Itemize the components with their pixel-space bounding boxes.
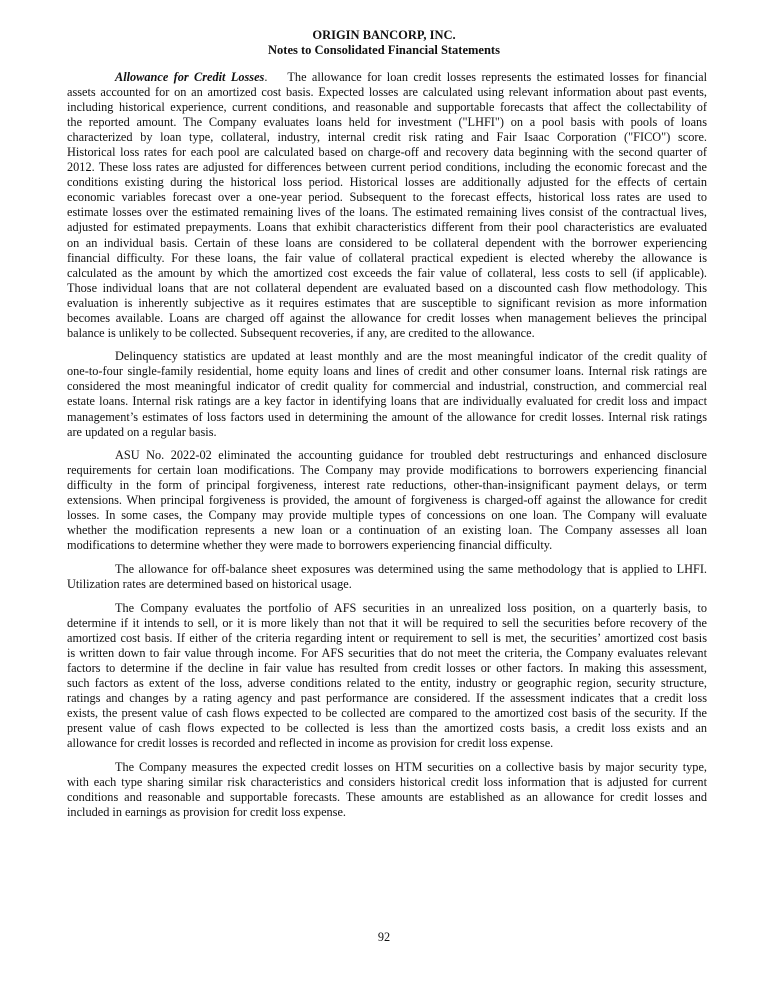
paragraph-line: determine if it intends to sell, or it i… [67,616,707,631]
paragraph-line: difficulty in the form of principal forg… [67,478,707,493]
paragraph-line: Delinquency statistics are updated at le… [67,349,707,364]
paragraph-line: economic variables forecast over a one-y… [67,190,707,205]
paragraph-asu-2022-02: ASU No. 2022-02 eliminated the accountin… [67,448,707,553]
paragraph-line: one-to-four single-family residential, h… [67,364,707,379]
paragraph-line: Those individual loans that are not coll… [67,281,707,296]
paragraph-line: estate loans. Internal risk ratings are … [67,394,707,409]
paragraph-line: The Company measures the expected credit… [67,760,707,775]
paragraph-delinquency-statistics: Delinquency statistics are updated at le… [67,349,707,439]
paragraph-line: evaluation is inherently subjective as i… [67,296,707,311]
paragraph-line: ASU No. 2022-02 eliminated the accountin… [67,448,707,463]
paragraph-htm-securities: The Company measures the expected credit… [67,760,707,820]
paragraph-line: calculated as the amount by which the am… [67,266,707,281]
paragraph-line: extensions. When principal forgiveness i… [67,493,707,508]
paragraph-line: on an individual basis. Certain of these… [67,236,707,251]
paragraph-line: amortized cost basis. If either of the c… [67,631,707,646]
paragraph-line: Utilization rates are determined based o… [67,577,707,592]
paragraph-line: requirements for certain loan modificati… [67,463,707,478]
paragraph-line: characterized by loan type, collateral, … [67,130,707,145]
paragraph-line: included in earnings as provision for cr… [67,805,707,820]
document-body: Allowance for Credit Losses.The allowanc… [67,70,707,828]
paragraph-line: Allowance for Credit Losses.The allowanc… [67,70,707,85]
paragraph-line: such factors as extent of the loss, adve… [67,676,707,691]
paragraph-line: The Company evaluates the portfolio of A… [67,601,707,616]
paragraph-afs-securities: The Company evaluates the portfolio of A… [67,601,707,751]
paragraph-line: 2012. These loss rates are adjusted for … [67,160,707,175]
paragraph-line: allowance for credit losses is recorded … [67,736,707,751]
paragraph-line: ratings and changes by a rating agency a… [67,691,707,706]
paragraph-line: factors to determine if the decline in f… [67,661,707,676]
paragraph-line: financial difficulty. For these loans, t… [67,251,707,266]
document-subtitle: Notes to Consolidated Financial Statemen… [0,43,768,58]
paragraph-line: including historical experience, current… [67,100,707,115]
paragraph-line: management’s estimates of loss factors u… [67,410,707,425]
paragraph-line: with each type sharing similar risk char… [67,775,707,790]
page-number: 92 [0,930,768,945]
paragraph-line: adjusted for estimated prepayments. Loan… [67,220,707,235]
paragraph-line: considered the most meaningful indicator… [67,379,707,394]
paragraph-line: modifications to determine whether they … [67,538,707,553]
paragraph-line: The allowance for off-balance sheet expo… [67,562,707,577]
page-header: ORIGIN BANCORP, INC. Notes to Consolidat… [0,28,768,58]
section-lead-heading: Allowance for Credit Losses [115,70,264,84]
paragraph-line: are updated on a regular basis. [67,425,707,440]
paragraph-line: balance is unlikely to be collected. Sub… [67,326,707,341]
paragraph-line: Historical loss rates for each pool are … [67,145,707,160]
paragraph-line: becomes available. Loans are charged off… [67,311,707,326]
paragraph-line: whether the modification represents a ne… [67,523,707,538]
paragraph-allowance-for-credit-losses: Allowance for Credit Losses.The allowanc… [67,70,707,341]
paragraph-line: the reported amount. The Company evaluat… [67,115,707,130]
paragraph-off-balance-sheet: The allowance for off-balance sheet expo… [67,562,707,592]
paragraph-line: conditions and reasonable and supportabl… [67,790,707,805]
paragraph-line: present value of cash flows expected to … [67,721,707,736]
paragraph-line: exists, the present value of cash flows … [67,706,707,721]
paragraph-line: conditions existing during the historica… [67,175,707,190]
paragraph-line: losses. In some cases, the Company may p… [67,508,707,523]
paragraph-line: is written down to fair value through in… [67,646,707,661]
paragraph-line: assets accounted for on an amortized cos… [67,85,707,100]
paragraph-line: estimate losses over the estimated remai… [67,205,707,220]
company-name: ORIGIN BANCORP, INC. [0,28,768,43]
